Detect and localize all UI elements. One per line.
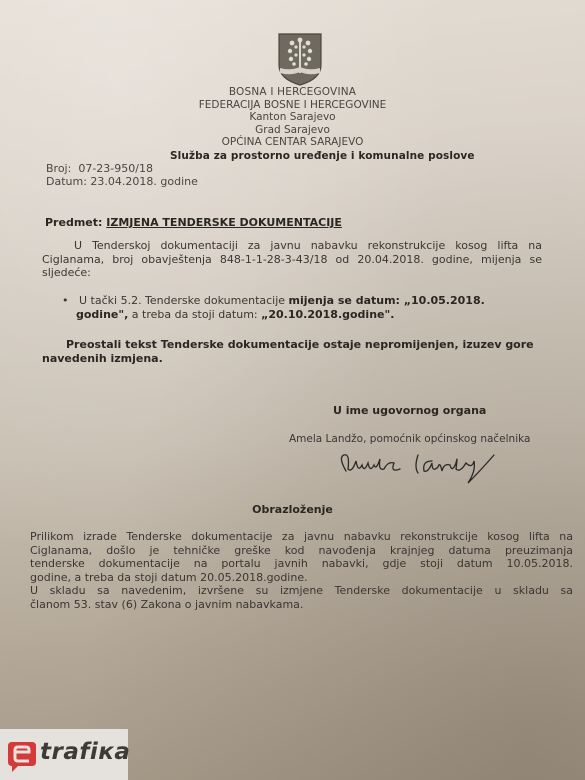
letterhead-federation: FEDERACIJA BOSNE I HERCEGOVINE	[0, 99, 585, 112]
bullet-old-date: mijenja se datum: „10.05.2018.	[289, 294, 485, 307]
document-date: Datum: 23.04.2018. godine	[46, 175, 198, 188]
etrafika-watermark: trafiка	[0, 729, 128, 780]
explanation-line-4: godine, a treba da stoji datum 20.05.201…	[30, 571, 573, 585]
letterhead-canton: Kanton Sarajevo	[0, 111, 585, 124]
document-date-label: Datum:	[46, 175, 87, 188]
change-bullet: • U tački 5.2. Tenderske dokumentacije m…	[62, 294, 552, 321]
remaining-text-paragraph: Preostali tekst Tenderske dokumentacije …	[42, 338, 562, 365]
document-date-value: 23.04.2018. godine	[90, 175, 197, 188]
reference-number-value: 07-23-950/18	[78, 162, 153, 175]
handwritten-signature	[334, 447, 524, 485]
bullet-old-date-end: godine",	[76, 308, 128, 321]
letterhead-country: BOSNA I HERCEGOVINA	[0, 86, 585, 99]
bullet-new-date: „20.10.2018.godine".	[261, 308, 394, 321]
remaining-line-1: Preostali tekst Tenderske dokumentacije …	[42, 338, 562, 352]
bullet-text-2: a treba da stoji datum:	[128, 308, 261, 321]
coat-of-arms-icon	[276, 31, 324, 87]
letterhead-municipality: OPĆINA CENTAR SARAJEVO	[0, 136, 585, 149]
reference-number-label: Broj:	[46, 162, 71, 175]
explanation-line-1: Prilikom izrade Tenderske dokumentacije …	[30, 530, 573, 544]
remaining-line-2: navedenih izmjena.	[42, 352, 562, 366]
explanation-line-3: tenderske dokumentacije na portalu javni…	[30, 557, 573, 571]
explanation-paragraph: Prilikom izrade Tenderske dokumentacije …	[30, 530, 573, 611]
letterhead: BOSNA I HERCEGOVINA FEDERACIJA BOSNE I H…	[0, 86, 585, 149]
etrafika-logo-icon	[6, 738, 38, 778]
subject-line: Predmet: IZMJENA TENDERSKE DOKUMENTACIJE	[45, 216, 342, 229]
explanation-heading: Obrazloženje	[0, 503, 585, 516]
intro-paragraph: U Tenderskoj dokumentaciji za javnu naba…	[42, 239, 542, 280]
bullet-symbol: •	[62, 294, 69, 307]
letterhead-city: Grad Sarajevo	[0, 124, 585, 137]
subject-label: Predmet:	[45, 216, 102, 229]
explanation-line-5: U skladu sa navedenim, izvršene su izmje…	[30, 584, 573, 598]
reference-number: Broj: 07-23-950/18	[46, 162, 153, 175]
on-behalf-label: U ime ugovornog organa	[333, 404, 486, 417]
intro-line-2: Ciglanama, broj obavještenja 848-1-1-28-…	[42, 253, 542, 267]
intro-line-1: U Tenderskoj dokumentaciji za javnu naba…	[42, 239, 542, 253]
explanation-line-2: Ciglanama, došlo je tehničke greške kod …	[30, 544, 573, 558]
letterhead-service: Služba za prostorno uređenje i komunalne…	[170, 150, 475, 162]
subject-title: IZMJENA TENDERSKE DOKUMENTACIJE	[106, 216, 342, 229]
etrafika-logo-text: trafiка	[40, 739, 130, 765]
explanation-line-6: članom 53. stav (6) Zakona o javnim naba…	[30, 598, 573, 612]
intro-line-3: sljedeće:	[42, 266, 542, 280]
bullet-text-1: U tački 5.2. Tenderske dokumentacije	[79, 294, 289, 307]
signatory-name-title: Amela Landžo, pomoćnik općinskog načelni…	[289, 433, 530, 445]
